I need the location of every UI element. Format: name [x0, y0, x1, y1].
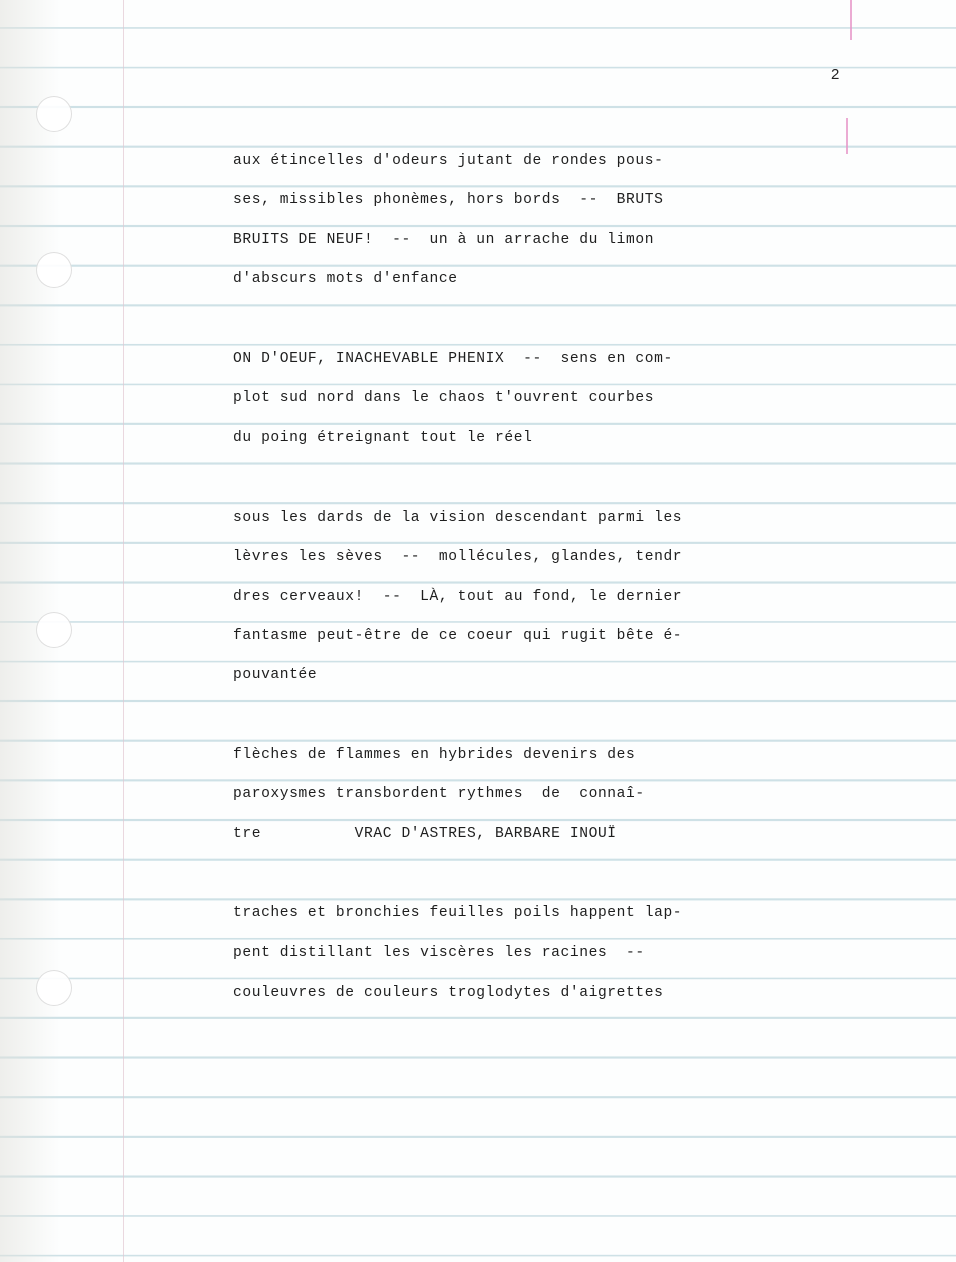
binder-hole-icon	[36, 612, 72, 648]
page-number: 2	[831, 66, 839, 83]
text-line: fantasme peut-être de ce coeur qui rugit…	[233, 627, 682, 645]
lined-paper-page: 2 aux étincelles d'odeurs jutant de rond…	[0, 0, 956, 1262]
text-line: BRUITS DE NEUF! -- un à un arrache du li…	[233, 231, 654, 249]
text-line: traches et bronchies feuilles poils happ…	[233, 904, 682, 922]
text-line: flèches de flammes en hybrides devenirs …	[233, 746, 635, 764]
text-line: d'abscurs mots d'enfance	[233, 270, 458, 288]
text-line: aux étincelles d'odeurs jutant de rondes…	[233, 152, 663, 170]
text-line: du poing étreignant tout le réel	[233, 429, 532, 447]
left-margin-rule	[123, 0, 124, 1262]
text-line: tre VRAC D'ASTRES, BARBARE INOUÏ	[233, 825, 617, 843]
text-line: paroxysmes transbordent rythmes de conna…	[233, 785, 645, 803]
binder-hole-icon	[36, 252, 72, 288]
binder-hole-icon	[36, 96, 72, 132]
right-margin-rule-top	[850, 0, 852, 40]
text-line: couleuvres de couleurs troglodytes d'aig…	[233, 984, 663, 1002]
text-line: plot sud nord dans le chaos t'ouvrent co…	[233, 389, 654, 407]
text-line: ON D'OEUF, INACHEVABLE PHENIX -- sens en…	[233, 350, 673, 368]
right-margin-rule-bottom	[846, 118, 848, 154]
text-line: lèvres les sèves -- mollécules, glandes,…	[233, 548, 682, 566]
text-line: ses, missibles phonèmes, hors bords -- B…	[233, 191, 663, 209]
text-line: pouvantée	[233, 666, 317, 684]
text-line: sous les dards de la vision descendant p…	[233, 509, 682, 527]
text-line: pent distillant les viscères les racines…	[233, 944, 645, 962]
text-line: dres cerveaux! -- LÀ, tout au fond, le d…	[233, 588, 682, 606]
binder-hole-icon	[36, 970, 72, 1006]
